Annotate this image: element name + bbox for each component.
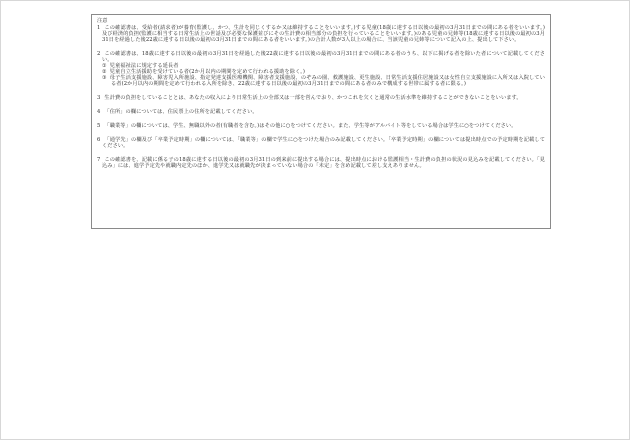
item-text: この確認書を、記載に係る子の18歳に達する日以後の最初の3月31日の到来前に提出… [102, 157, 545, 169]
notice-item-1: 1この確認書は、受給者(請求者)が養育(監護し、かつ、生計を同じくするか又は維持… [97, 25, 545, 43]
item-number: 6 [97, 137, 100, 143]
notice-item-3: 3生計費の負担をしていることとは、あなたの収入により日常生活上の全部又は一部を営… [97, 95, 545, 101]
subitem-text: 母子生活支援施設、障害児入所施設、指定発達支援医療機関、障害者支援施設、のぞみの… [110, 75, 545, 87]
item-number: 3 [97, 95, 100, 101]
item-text: 生計費の負担をしていることとは、あなたの収入により日常生活上の全部又は一部を営ん… [104, 95, 521, 101]
item-text: 「通学先」の欄及び「卒業予定時期」の欄については、「職業等」の欄で学生に○をつけ… [102, 137, 545, 149]
notice-title: 注意 [97, 18, 545, 24]
item-number: 7 [97, 157, 100, 163]
item-text: この確認書は、18歳に達する日以後の最初の3月31日を経過した後22歳に達する日… [102, 51, 545, 63]
notice-box: 注意 1この確認書は、受給者(請求者)が養育(監護し、かつ、生計を同じくするか又… [91, 14, 551, 229]
subitem-number: ③ [102, 75, 107, 81]
item-number: 2 [97, 51, 100, 57]
document-page: 注意 1この確認書は、受給者(請求者)が養育(監護し、かつ、生計を同じくするか又… [0, 0, 630, 440]
notice-item-7: 7この確認書を、記載に係る子の18歳に達する日以後の最初の3月31日の到来前に提… [97, 157, 545, 169]
item-text: この確認書は、受給者(請求者)が養育(監護し、かつ、生計を同じくするか又は維持す… [102, 25, 545, 43]
item-text: 「住所」の欄については、住民票上の住所を記載してください。 [104, 109, 257, 115]
notice-item-2: 2この確認書は、18歳に達する日以後の最初の3月31日を経過した後22歳に達する… [97, 51, 545, 63]
item-number: 5 [97, 123, 100, 129]
notice-item-4: 4「住所」の欄については、住民票上の住所を記載してください。 [97, 109, 545, 115]
item-text: 「職業等」の欄については、学生、無職以外の者(有職者を含む。)はその他に○をつけ… [104, 123, 516, 129]
notice-item-2-subitems: ①児童福祉法に規定する延長者 ②児童自立生活援助を受けている者(2か月以内の期間… [102, 63, 545, 87]
notice-subitem-3: ③母子生活支援施設、障害児入所施設、指定発達支援医療機関、障害者支援施設、のぞみ… [102, 75, 545, 87]
notice-item-6: 6「通学先」の欄及び「卒業予定時期」の欄については、「職業等」の欄で学生に○をつ… [97, 137, 545, 149]
item-number: 4 [97, 109, 100, 115]
notice-item-5: 5「職業等」の欄については、学生、無職以外の者(有職者を含む。)はその他に○をつ… [97, 123, 545, 129]
item-number: 1 [97, 25, 100, 31]
